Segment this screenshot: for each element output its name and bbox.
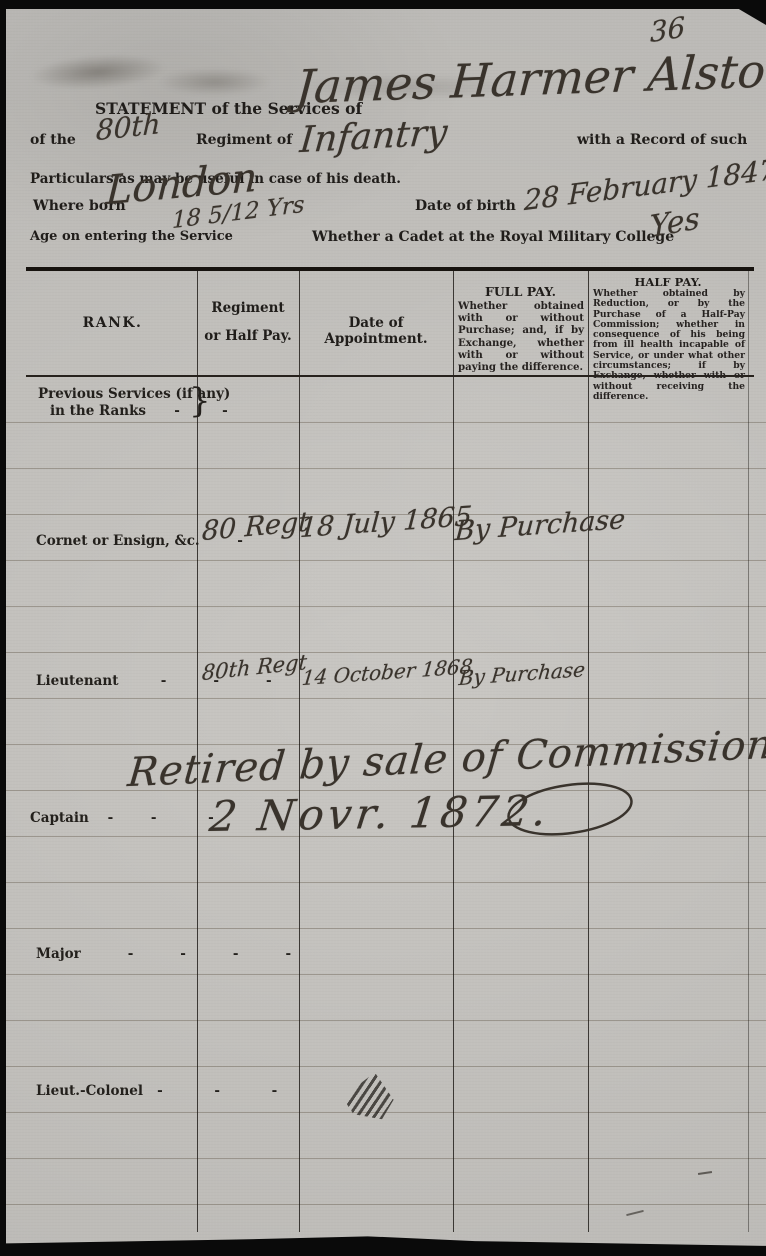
ink-smudge [150,66,280,98]
record-suffix-label: with a Record of such [577,132,747,148]
column-header-regiment-line1: Regiment [197,300,299,316]
column-header-date: Date of Appointment. [299,315,453,347]
rank-lieut-colonel: Lieut.-Colonel - - - [36,1083,277,1099]
age-label: Age on entering the Service [30,229,233,244]
scanned-service-record-page: 36 STATEMENT of the Services of James Ha… [0,0,766,1256]
column-line [748,271,749,375]
rank-captain: Captain - - - [30,810,214,826]
page-number: 36 [650,10,686,49]
rank-previous-services-brace: } [189,381,211,421]
table-top-border [26,267,754,271]
cadet-label: Whether a Cadet at the Royal Military Co… [312,229,674,245]
scan-edge-top [0,0,766,9]
column-header-regiment-line2: or Half Pay. [197,328,299,344]
regiment-of-label: Regiment of [196,132,292,148]
column-line [588,271,589,375]
column-line [748,377,749,1232]
regiment-name-handwritten: Infantry [298,112,449,161]
of-the-label: of the [30,132,76,148]
column-line [197,271,198,375]
rank-major: Major - - - - [36,946,291,962]
column-header-fullpay-desc: Whether obtained with or without Purchas… [458,300,584,373]
column-header-halfpay-title: HALF PAY. [590,275,746,289]
column-header-halfpay-desc: Whether obtained by Reduction, or by the… [593,289,745,402]
regiment-number-handwritten: 80th [95,107,161,147]
column-header-fullpay-title: FULL PAY. [453,284,588,299]
column-header-rank: RANK. [28,315,197,331]
scan-edge-left [0,0,6,1256]
column-line [197,377,198,1232]
date-of-birth-label: Date of birth [415,198,516,214]
